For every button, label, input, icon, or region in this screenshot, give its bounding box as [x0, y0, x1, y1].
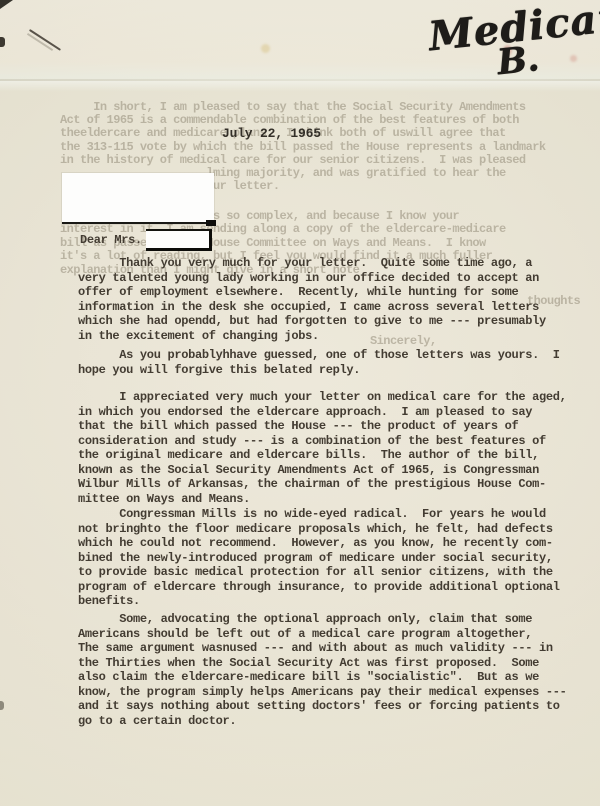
redaction-box-address: [62, 173, 214, 224]
letter-paragraph-4: Congressman Mills is no wide-eyed radica…: [78, 507, 560, 609]
paper-crease-highlight: [0, 81, 600, 91]
left-edge-mark-lower: [0, 701, 4, 710]
letter-date: July 22, 1965: [222, 126, 321, 141]
redaction-box-name: [146, 229, 212, 251]
letter-salutation: Dear Mrs.: [80, 233, 142, 248]
staple-mark: [29, 29, 61, 51]
ink-smudge: [570, 55, 577, 62]
letter-paragraph-5: Some, advocating the optional approach o…: [78, 612, 567, 728]
letter-paragraph-2: As you probablyhhave guessed, one of tho…: [78, 348, 560, 377]
left-edge-mark: [0, 37, 5, 47]
paper-stain: [261, 44, 270, 53]
scanned-letter-page: Medicare B. In short, I am pleased to sa…: [0, 0, 600, 806]
handwritten-b-note: B.: [495, 38, 541, 83]
redaction-box-tick: [206, 220, 216, 226]
letter-paragraph-1: Thank you very much for your letter. Qui…: [78, 256, 546, 343]
letter-paragraph-3: I appreciated very much your letter on m…: [78, 390, 567, 506]
page-corner-fold-mark: [0, 0, 13, 9]
